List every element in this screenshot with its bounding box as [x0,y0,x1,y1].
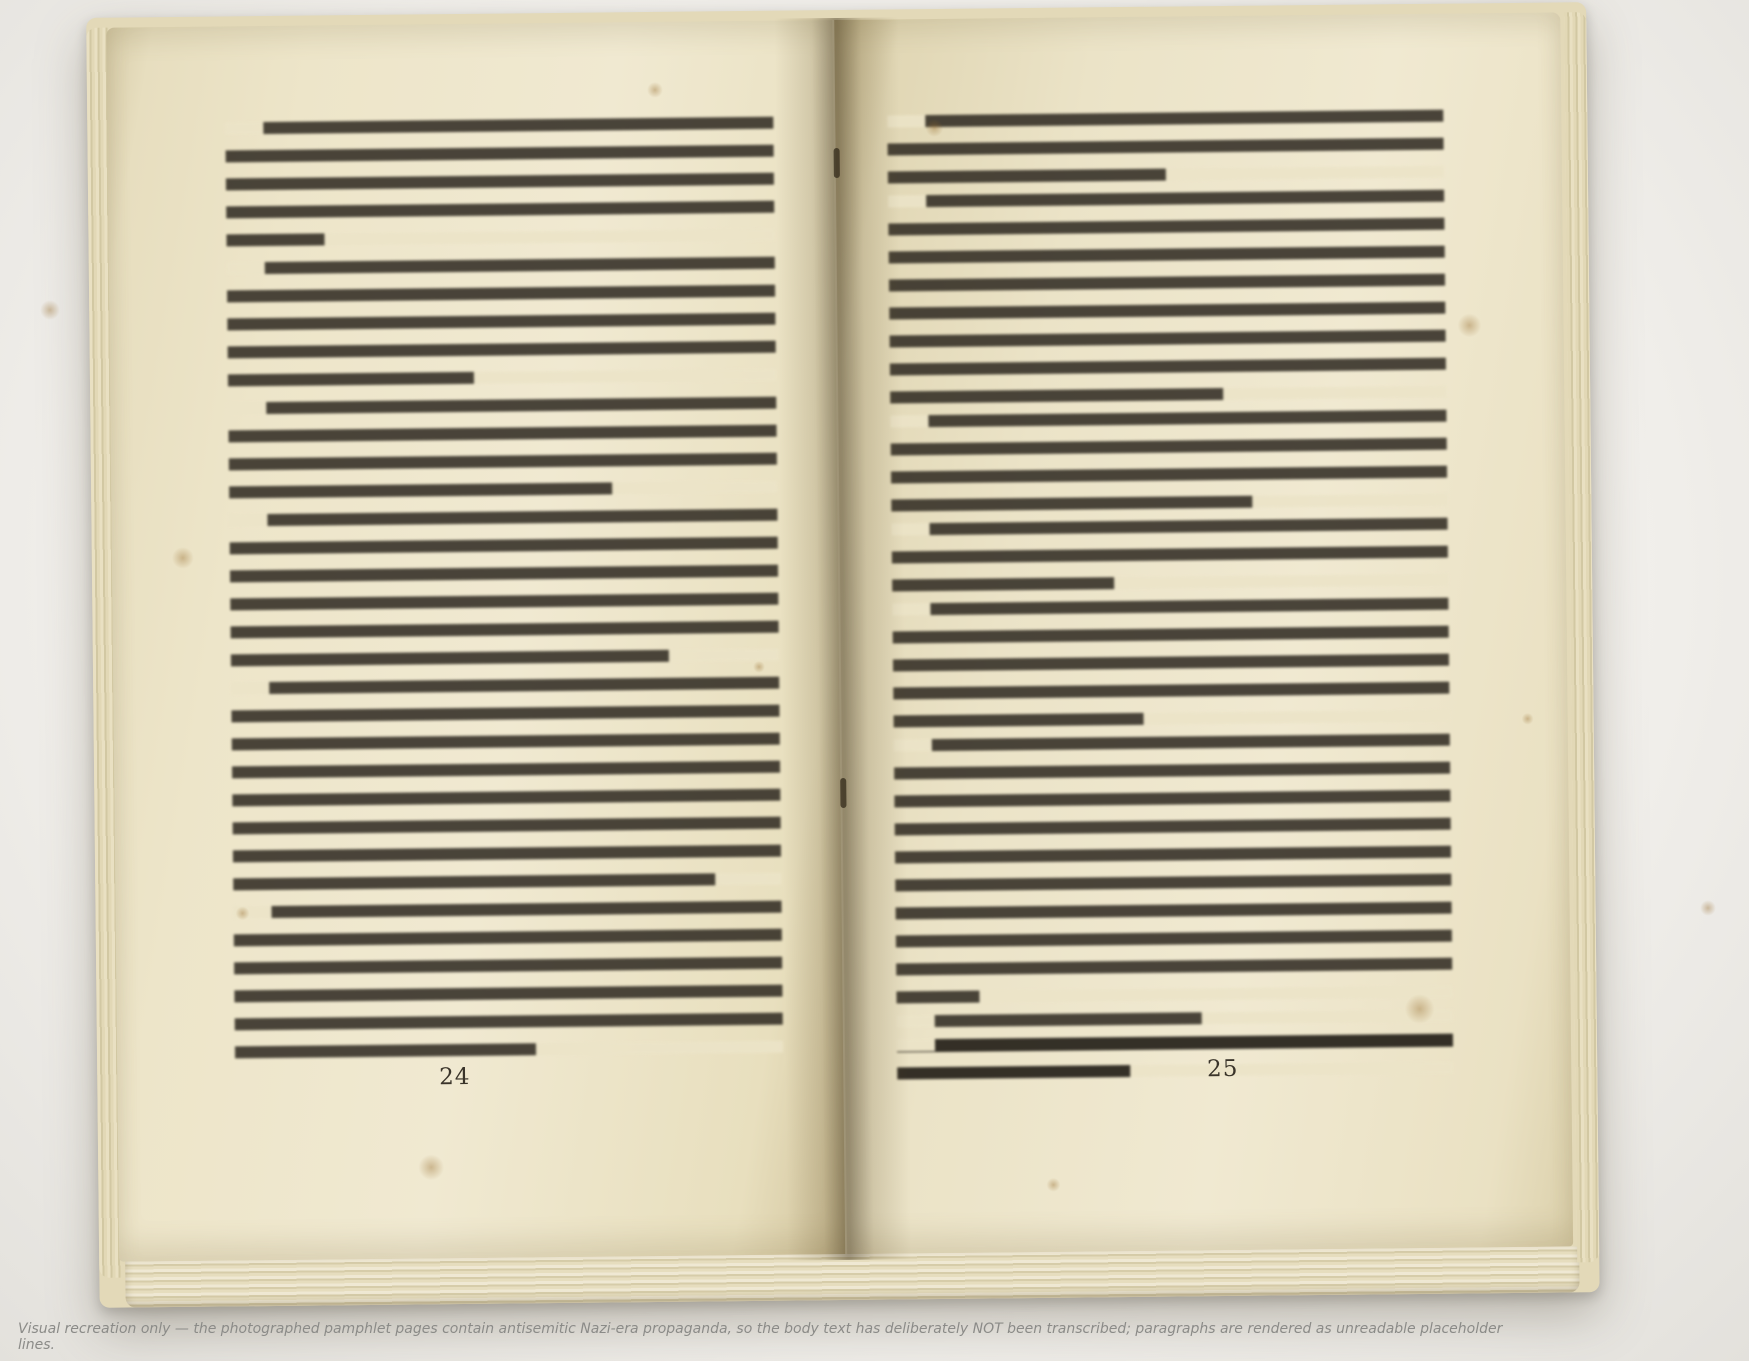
foxing-spot [418,1154,444,1180]
foxing-spot [1457,313,1481,337]
redacted-paragraph [893,734,1452,1004]
foxing-spot [1521,713,1533,725]
redacted-paragraph [890,410,1447,512]
book: 24 25 [63,2,1622,1328]
redacted-paragraph [228,397,777,499]
redacted-paragraph [233,901,783,1059]
foxing-spot [1046,1178,1060,1192]
redacted-paragraph [225,117,774,247]
foxing-spot [646,82,662,98]
page-number-left: 24 [117,1060,843,1094]
redacted-text-right [887,110,1453,1092]
foxing-spot [171,547,193,569]
photo-background: 24 25 [0,0,1749,1361]
redaction-notice: Visual recreation only — the photographe… [18,1321,1518,1353]
book-page-left: 24 [106,20,845,1262]
redacted-paragraph [887,110,1444,184]
redacted-paragraph [888,190,1446,404]
redacted-text-left [225,117,783,1075]
redacted-paragraph [892,598,1449,728]
redacted-paragraph [229,509,779,667]
redacted-paragraph [231,677,781,891]
redacted-paragraph [896,1010,1452,1028]
foxing-spot [1700,900,1716,916]
redacted-paragraph [891,518,1448,592]
book-pages: 24 25 [86,2,1599,1308]
foxing-spot [40,300,60,320]
redacted-paragraph [226,257,775,387]
book-page-right: 25 [834,12,1573,1254]
